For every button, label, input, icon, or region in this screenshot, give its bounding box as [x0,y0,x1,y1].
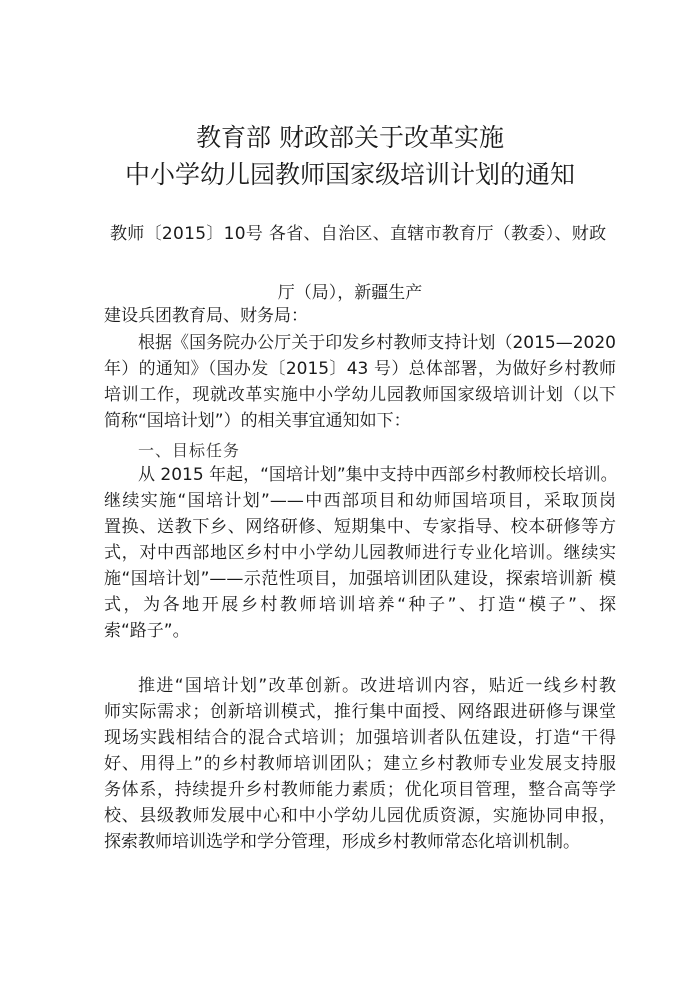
paragraph-line: 索“路子”。 [104,620,616,642]
paragraph-line: 从 2015 年起，“国培计划”集中支持中西部乡村教师校长培训。 [104,464,616,486]
title-line-2: 中小学幼儿园教师国家级培训计划的通知 [0,155,700,191]
paragraph-line: 现场实践相结合的混合式培训；加强培训者队伍建设，打造“干得 [104,727,616,749]
paragraph-line: 继续实施“国培计划”——中西部项目和幼师国培项目，采取顶岗 [104,490,616,512]
paragraph-line: 师实际需求；创新培训模式，推行集中面授、网络跟进研修与课堂 [104,701,616,723]
paragraph-line: 推进“国培计划”改革创新。改进培训内容，贴近一线乡村教 [104,675,616,697]
intro-line: 根据《国务院办公厅关于印发乡村教师支持计划（2015—2020 [104,332,616,354]
paragraph-line: 置换、送教下乡、网络研修、短期集中、专家指导、校本研修等方 [104,516,616,538]
document-reference: 教师〔2015〕10号 各省、自治区、直辖市教育厅（教委）、财政 [110,219,606,244]
paragraph-line: 施“国培计划”——示范性项目，加强培训团队建设，探索培训新 模 [104,568,616,590]
intro-line: 年）的通知》（国办发〔2015〕43 号）总体部署，为做好乡村教师 [104,358,616,380]
paragraph-line: 探索教师培训选学和学分管理，形成乡村教师常态化培训机制。 [104,831,616,853]
addressee: 建设兵团教育局、财务局： [104,305,616,327]
paragraph-line: 务体系，持续提升乡村教师能力素质；优化项目管理，整合高等学 [104,779,616,801]
paragraph-line: 式，为各地开展乡村教师培训培养“种子”、打造“模子”、探 [104,594,616,616]
section-heading: 一、目标任务 [138,438,240,461]
paragraph-line: 式，对中西部地区乡村中小学幼儿园教师进行专业化培训。继续实 [104,542,616,564]
intro-line: 简称“国培计划”）的相关事宜通知如下： [104,410,616,432]
paragraph-line: 校、县级教师发展中心和中小学幼儿园优质资源，实施协同申报， [104,805,616,827]
title-line-1: 教育部 财政部关于改革实施 [0,118,700,154]
intro-line: 培训工作，现就改革实施中小学幼儿园教师国家级培训计划（以下 [104,384,616,406]
paragraph-line: 好、用得上”的乡村教师培训团队；建立乡村教师专业发展支持服 [104,753,616,775]
document-reference-continued: 厅（局），新疆生产 [0,278,700,303]
